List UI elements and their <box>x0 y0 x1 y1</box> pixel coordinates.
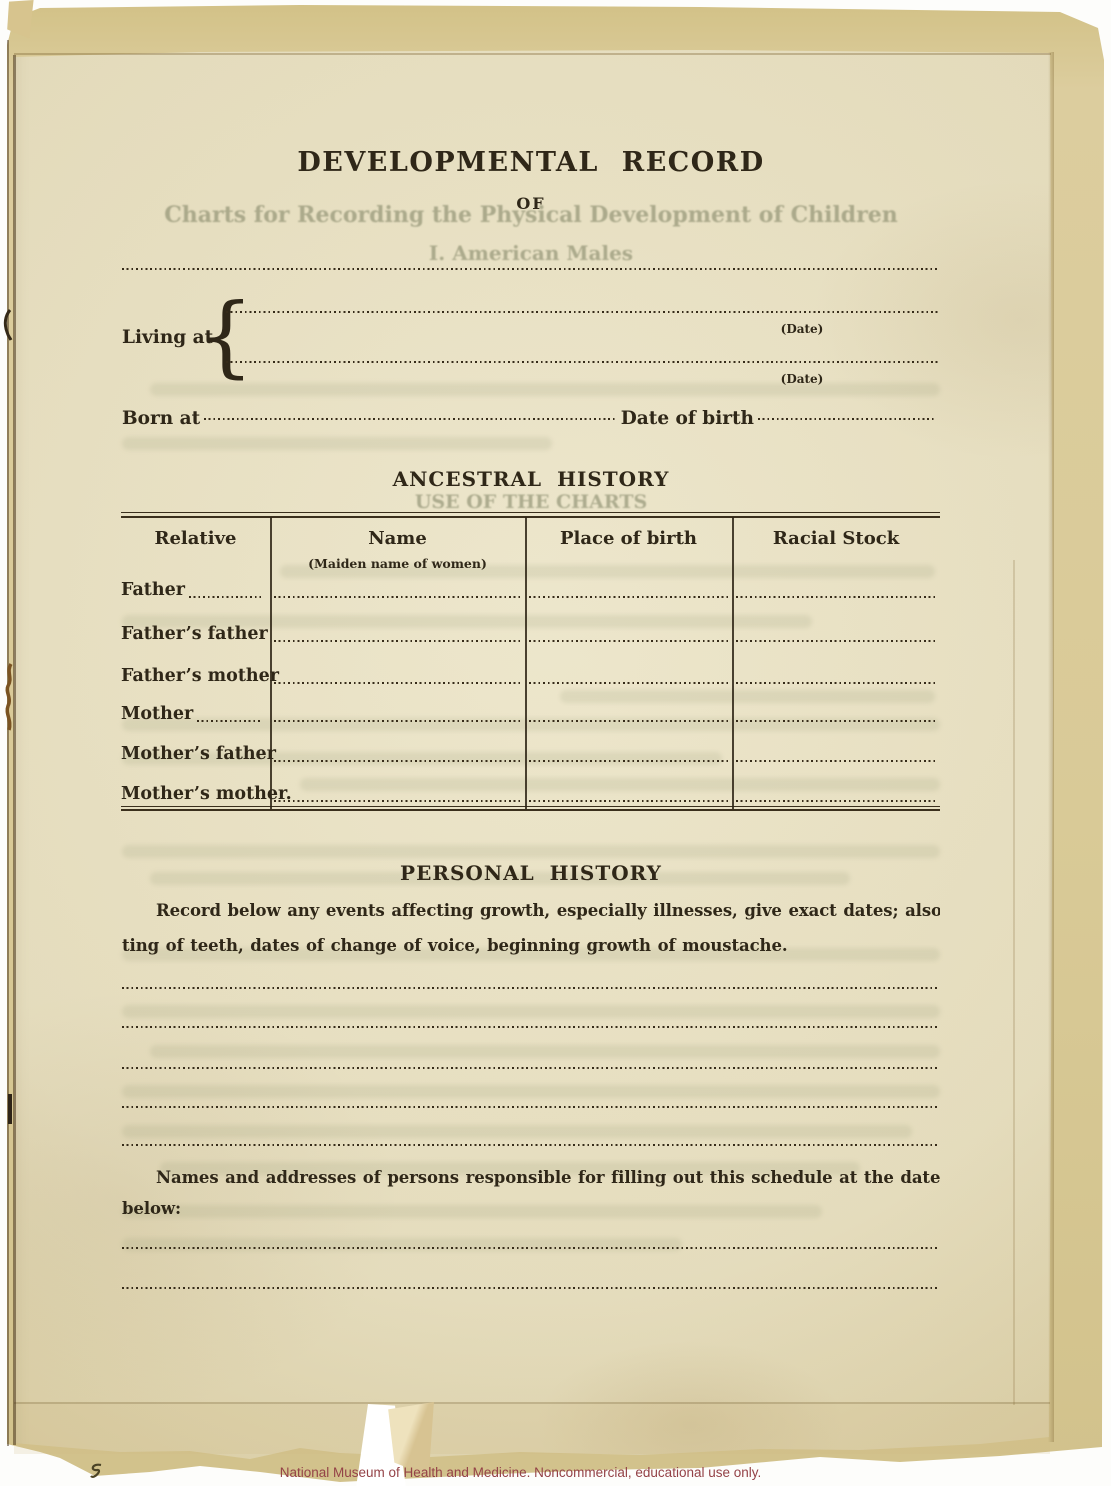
table-row: Mother’s father <box>121 742 940 766</box>
responsible-persons-line: below: <box>122 1199 940 1218</box>
dotted-field <box>732 742 940 766</box>
column-header-relative: Relative <box>121 528 270 549</box>
bleed-through-line <box>122 845 940 858</box>
row-label: Mother’s father <box>121 742 276 766</box>
column-header-name: Name <box>270 528 525 549</box>
dotted-field <box>732 782 940 806</box>
name-field-line <box>122 268 940 270</box>
dotted-field <box>270 578 525 602</box>
dotted-field <box>270 664 525 688</box>
dotted-field <box>525 578 732 602</box>
table-row: Father <box>121 578 940 602</box>
personal-history-line <box>122 1067 940 1069</box>
born-at-row: Born at Date of birth <box>122 402 940 428</box>
dotted-field <box>525 622 732 646</box>
table-row: Father’s mother <box>121 664 940 688</box>
dotted-field <box>754 402 940 424</box>
table-rule <box>121 809 940 811</box>
table-rule <box>121 516 940 518</box>
credit-line: National Museum of Health and Medicine. … <box>0 1465 1041 1480</box>
page-title: DEVELOPMENTAL RECORD <box>122 147 940 178</box>
bleed-through-line <box>122 1005 940 1018</box>
bleed-through-line <box>122 1085 940 1098</box>
date-of-birth-label: Date of birth <box>621 408 754 429</box>
personal-history-heading: PERSONAL HISTORY <box>122 861 940 885</box>
bleed-through-line <box>150 1045 940 1058</box>
dotted-field <box>525 664 732 688</box>
row-label: Father’s father <box>121 622 268 646</box>
table-rule <box>121 512 940 513</box>
bleed-through-line <box>122 1125 912 1138</box>
dotted-field <box>270 622 525 646</box>
row-label: Father’s mother <box>121 664 279 688</box>
address-field-line <box>226 311 940 313</box>
responsible-persons-line: Names and addresses of persons responsib… <box>122 1168 940 1187</box>
dotted-field <box>270 782 525 806</box>
top-fold-crease <box>14 53 1051 55</box>
table-row: Father’s father <box>121 622 940 646</box>
signature-line <box>122 1287 940 1289</box>
bleed-through-subtitle: I. American Males <box>122 241 940 265</box>
address-field-line <box>226 361 940 363</box>
table-row: Mother’s mother. <box>121 782 940 806</box>
personal-history-line <box>122 987 940 989</box>
dotted-field <box>270 742 525 766</box>
under-page-edge-line <box>7 40 9 1446</box>
dotted-field <box>525 702 732 726</box>
instructions-line: Record below any events affecting growth… <box>122 901 940 920</box>
row-label: Mother <box>121 702 193 726</box>
dotted-field <box>732 664 940 688</box>
dotted-field <box>270 702 525 726</box>
bleed-through-line <box>122 437 552 450</box>
personal-history-line <box>122 1144 940 1146</box>
column-header-name-note: (Maiden name of women) <box>270 556 525 571</box>
dotted-leader <box>185 578 265 602</box>
dotted-field <box>732 622 940 646</box>
binding-stitch-icon <box>2 308 16 342</box>
signature-line <box>122 1247 940 1249</box>
embossed-vertical-crease <box>1013 560 1015 1405</box>
personal-history-line <box>122 1026 940 1028</box>
binding-edge-line <box>13 55 16 1445</box>
table-rule <box>121 806 940 807</box>
dotted-field <box>200 402 621 424</box>
date-caption: (Date) <box>767 372 837 386</box>
ancestral-history-heading: ANCESTRAL HISTORY <box>122 467 940 491</box>
row-label: Mother’s mother. <box>121 782 292 806</box>
scanned-document: Charts for Recording the Physical Develo… <box>0 0 1111 1486</box>
dotted-field <box>525 742 732 766</box>
of-label: OF <box>122 194 940 213</box>
dotted-field <box>732 578 940 602</box>
date-caption: (Date) <box>767 322 837 336</box>
brace-glyph: { <box>198 292 254 380</box>
personal-history-line <box>122 1106 940 1108</box>
row-label: Father <box>121 578 185 602</box>
right-page-edge-crease <box>1048 52 1054 1442</box>
binding-thread-icon <box>2 662 18 734</box>
binding-stitch-icon <box>4 1092 16 1126</box>
dotted-leader <box>193 702 265 726</box>
born-at-label: Born at <box>122 408 200 429</box>
column-header-place-of-birth: Place of birth <box>525 528 732 549</box>
bottom-fold-shade <box>14 1404 1050 1454</box>
table-row: Mother <box>121 702 940 726</box>
dotted-field <box>525 782 732 806</box>
column-header-racial-stock: Racial Stock <box>732 528 940 549</box>
instructions-line: ting of teeth, dates of change of voice,… <box>122 936 940 955</box>
bleed-through-heading: USE OF THE CHARTS <box>122 491 940 513</box>
dotted-field <box>732 702 940 726</box>
